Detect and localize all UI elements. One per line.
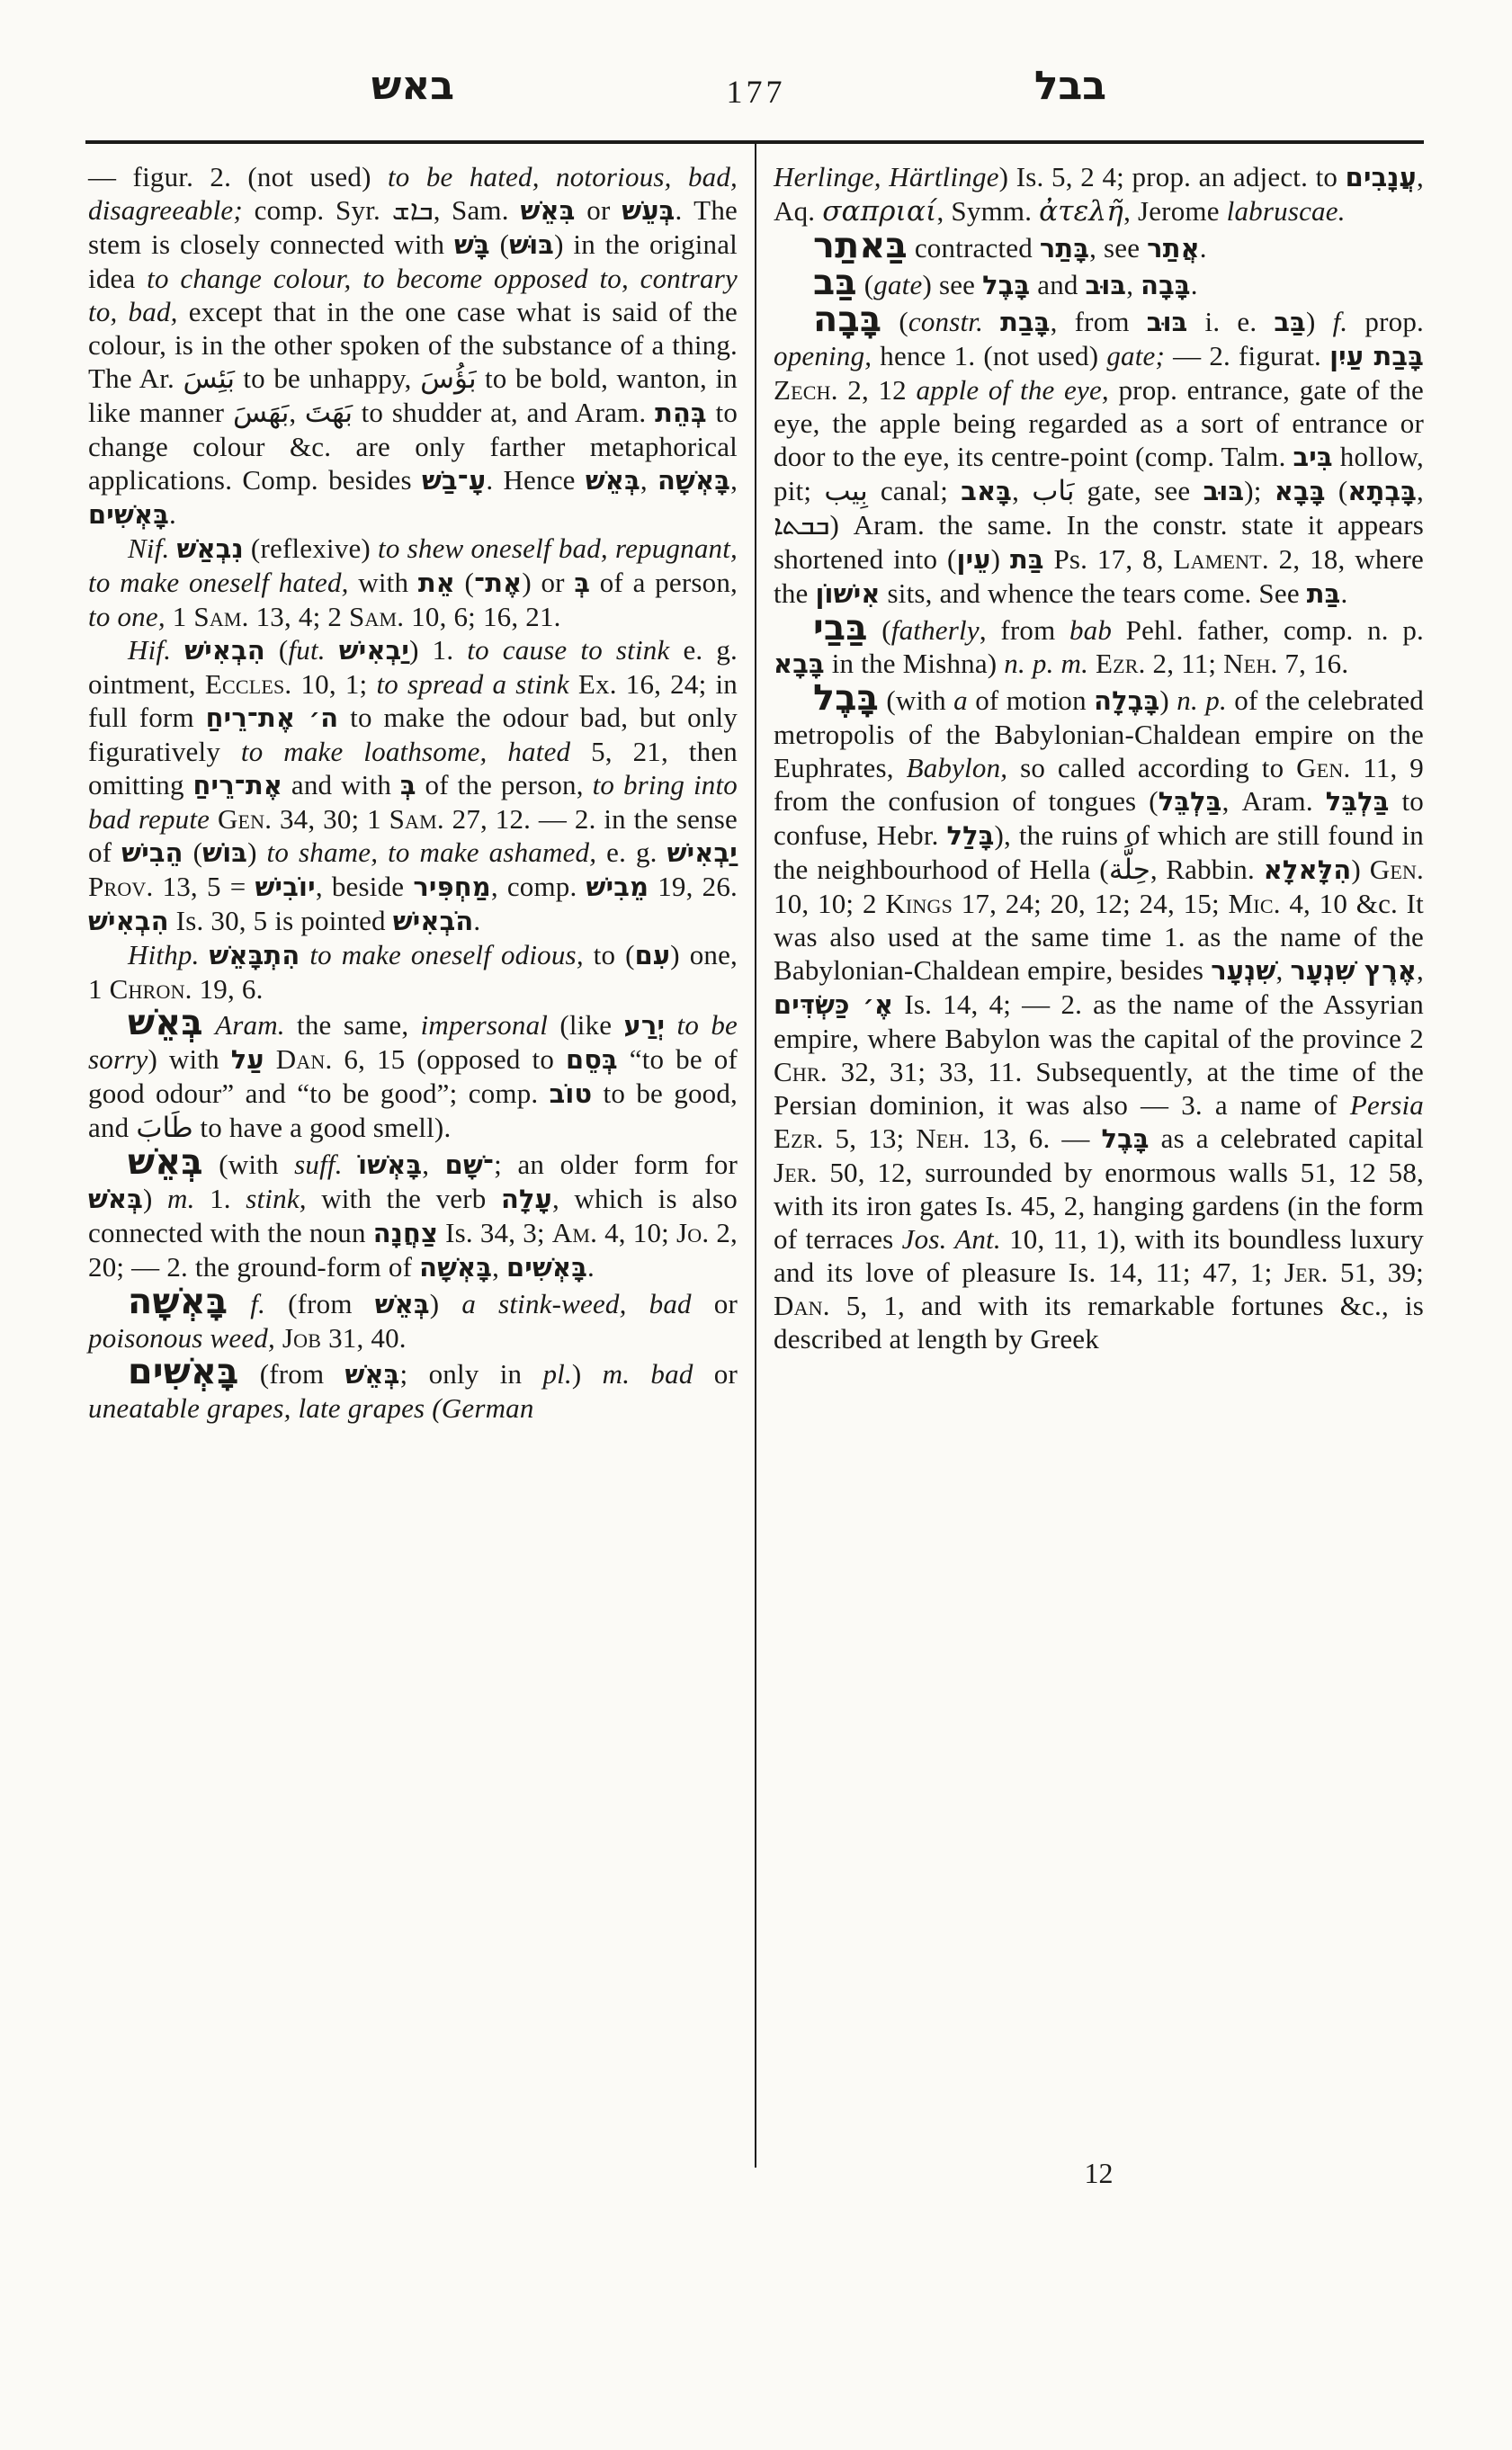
- text-run: ; only in: [400, 1358, 543, 1390]
- italic-text-run: gate: [873, 269, 922, 300]
- hebrew-word: יַבְאִישׁ: [667, 837, 738, 868]
- hebrew-word: עָלָה: [501, 1184, 552, 1214]
- text-run: ,: [1275, 954, 1290, 986]
- text-run: e. g.: [596, 836, 667, 868]
- reference-text-run: Job: [282, 1322, 321, 1354]
- text-run: or: [693, 1358, 738, 1390]
- hebrew-word: אֶת־: [474, 568, 522, 598]
- text-run: (like: [548, 1009, 623, 1041]
- hebrew-word: בּוֹשׁ: [202, 837, 247, 868]
- hebrew-word: עֵין: [956, 544, 990, 575]
- hebrew-word: בָּבֶל: [982, 270, 1030, 300]
- hebrew-headword: בַּאתַר: [813, 225, 908, 266]
- reference-text-run: Gen.: [1296, 752, 1350, 783]
- text-run: ,: [640, 464, 658, 496]
- arabic-word: طَابَ: [136, 1112, 192, 1144]
- hebrew-word: מֵבִישׁ: [586, 872, 649, 902]
- hebrew-word: בִּיב: [1293, 442, 1333, 472]
- hebrew-headword: בָּאְשָׁה: [128, 1281, 228, 1322]
- greek-word: σαπριαί: [822, 195, 936, 228]
- text-run: 34, 30;: [272, 803, 367, 835]
- hebrew-word: בְּאֵשׁ: [345, 1359, 400, 1390]
- text-run: 7, 16.: [1277, 648, 1348, 679]
- hebrew-word: בְּ: [574, 568, 590, 598]
- italic-text-run: Hif.: [128, 634, 184, 666]
- text-run: Pehl. father, comp. n. p.: [1112, 614, 1424, 646]
- text-run: [228, 1288, 250, 1319]
- arabic-word: بَئِسَ: [183, 362, 235, 395]
- left-column: — figur. 2. (not used) to be hated, noto…: [88, 160, 738, 1425]
- hebrew-word: בְּהֵת: [655, 398, 707, 428]
- hebrew-word: הִלָּאלָא: [1264, 854, 1352, 885]
- italic-text-run: Persia: [1350, 1089, 1424, 1121]
- italic-text-run: f.: [1333, 306, 1348, 337]
- hebrew-word: בָּבַת: [1000, 307, 1050, 337]
- reference-text-run: 2 Kings: [863, 888, 953, 919]
- hebrew-word: בַּב: [1274, 307, 1306, 337]
- text-run: (: [1326, 475, 1348, 506]
- hebrew-word: הֹבְאִישׁ: [393, 906, 474, 936]
- reference-text-run: Ezr.: [774, 1122, 824, 1154]
- reference-text-run: Jo.: [676, 1217, 709, 1248]
- hebrew-word: בָּאב: [961, 476, 1012, 506]
- text-run: gate, see: [1075, 475, 1203, 506]
- hebrew-word: אֶ׳ כַּשְׂדִּים: [774, 989, 893, 1020]
- hebrew-word: יוֹבִישׁ: [255, 872, 316, 902]
- hebrew-word: עַל: [231, 1044, 264, 1075]
- entry-paragraph: בָּאְשִׁים (from בְּאֵשׁ; only in pl.) m…: [88, 1355, 738, 1425]
- reference-text-run: Lament.: [1174, 543, 1269, 575]
- text-run: of the person,: [416, 769, 593, 800]
- text-run: (: [183, 836, 202, 868]
- text-run: .: [587, 1251, 595, 1283]
- entry-paragraph: בַּב (gate) see בָּבֶל and בּוּב, בָּבָה…: [774, 265, 1424, 302]
- text-run: (: [265, 634, 289, 666]
- text-run: ) see: [922, 269, 982, 300]
- text-run: ,: [1417, 475, 1424, 506]
- hebrew-word: עִם: [635, 940, 671, 970]
- text-run: [264, 1043, 276, 1075]
- column-divider: [755, 144, 756, 2168]
- italic-text-run: Aram.: [215, 1009, 285, 1041]
- text-run: , Symm.: [937, 195, 1040, 227]
- italic-text-run: gate;: [1106, 340, 1165, 371]
- text-run: or: [576, 194, 622, 226]
- text-run: ,: [1012, 475, 1032, 506]
- text-run: (: [868, 614, 891, 646]
- header-keyword-right: בבל: [774, 67, 1367, 106]
- italic-text-run: Herlinge, Härtlinge: [774, 161, 999, 192]
- text-run: ; an older form for: [494, 1149, 738, 1180]
- italic-text-run: m.: [167, 1183, 195, 1214]
- text-run: , Jerome: [1123, 195, 1227, 227]
- greek-word: ἀτελῆ: [1039, 195, 1123, 228]
- text-run: ): [1351, 854, 1369, 885]
- text-run: [210, 803, 218, 835]
- reference-text-run: Gen.: [1370, 854, 1424, 885]
- italic-text-run: poisonous weed,: [88, 1322, 275, 1354]
- hebrew-word: בְּאֵשׁ: [586, 465, 640, 496]
- text-run: ,: [289, 397, 304, 428]
- text-run: with: [349, 567, 418, 598]
- text-run: [166, 601, 173, 632]
- hebrew-word: בַּלְבֵּל: [1159, 786, 1222, 817]
- entry-paragraph: בְּאֵשׁ (with suff. בָּאְשׁוֹ, ־שָׁם; an…: [88, 1145, 738, 1284]
- text-run: of motion: [968, 684, 1094, 716]
- reference-text-run: 1 Sam. 13, 4; 2 Sam. 10, 6; 16, 21.: [173, 601, 561, 632]
- italic-text-run: Jos. Ant.: [902, 1223, 1001, 1255]
- text-run: prop.: [1347, 306, 1424, 337]
- hebrew-word: בָּאְשָׁה: [658, 465, 730, 496]
- text-run: ,: [422, 1149, 444, 1180]
- hebrew-word: בָּבֶלָה: [1094, 685, 1159, 716]
- italic-text-run: Hithp.: [128, 939, 209, 970]
- reference-text-run: Ezr.: [1096, 648, 1146, 679]
- text-run: [300, 939, 309, 970]
- italic-text-run: Nif.: [128, 532, 177, 564]
- text-run: 13, 6. —: [971, 1122, 1102, 1154]
- hebrew-word: בָּבַת עַיִן: [1329, 341, 1424, 371]
- hebrew-word: הִבְאִישׁ: [88, 906, 169, 936]
- text-run: (reflexive): [244, 532, 378, 564]
- hebrew-word: אִישׁוֹן: [815, 578, 880, 609]
- hebrew-word: בָּשׁ: [454, 229, 490, 260]
- text-run: ) 1.: [409, 634, 467, 666]
- hebrew-word: בּוּשׁ: [509, 229, 554, 260]
- arabic-word: بَؤُسَ: [420, 362, 476, 395]
- text-run: 2, 12: [838, 374, 917, 406]
- text-run: sits, and whence the tears come. See: [881, 577, 1307, 609]
- text-run: .: [1191, 269, 1198, 300]
- arabic-word: بَهَتَ: [305, 397, 353, 429]
- hebrew-word: שִׁנְעָר: [1211, 955, 1275, 986]
- text-run: or: [692, 1288, 738, 1319]
- hebrew-word: בָּבָה: [1141, 270, 1191, 300]
- italic-text-run: f.: [250, 1288, 265, 1319]
- italic-text-run: constr.: [908, 306, 1000, 337]
- text-run: );: [1244, 475, 1275, 506]
- hebrew-word: בָּאְשִׁים: [88, 499, 169, 530]
- hebrew-word: הִתְבָּאֵשׁ: [209, 940, 300, 970]
- hebrew-word: בּוּב: [1147, 307, 1188, 337]
- text-run: to shudder at, and Aram.: [353, 397, 655, 428]
- italic-text-run: to make loathsome, hated: [241, 736, 570, 767]
- reference-text-run: Jer.: [1284, 1256, 1329, 1288]
- hebrew-word: אֲתַר: [1147, 233, 1200, 264]
- text-run: 13, 5 =: [153, 871, 255, 902]
- hebrew-word: בַּלְבֵּל: [1326, 786, 1390, 817]
- text-run: canal;: [868, 475, 961, 506]
- text-run: 5, 13;: [824, 1122, 917, 1154]
- italic-text-run: a: [953, 684, 968, 716]
- arabic-word: بَهَسَ: [233, 397, 289, 429]
- hebrew-word: בַּת: [1010, 544, 1044, 575]
- hebrew-headword: בָּבָה: [813, 299, 881, 340]
- text-run: (from: [238, 1358, 344, 1390]
- signature-number: 12: [774, 2157, 1424, 2190]
- text-run: ): [247, 836, 266, 868]
- text-run: ) with: [148, 1043, 230, 1075]
- entry-paragraph: Hithp. הִתְבָּאֵשׁ to make oneself odiou…: [88, 938, 738, 1006]
- hebrew-word: טוֹב: [550, 1078, 593, 1109]
- text-run: contracted: [908, 232, 1040, 264]
- hebrew-word: בְּעֵשׁ: [622, 195, 675, 226]
- text-run: , from: [980, 614, 1069, 646]
- text-run: ,: [1417, 954, 1424, 986]
- hebrew-word: בּוּב: [1203, 476, 1245, 506]
- text-run: , comp.: [491, 871, 586, 902]
- hebrew-word: אֶרֶץ שִׁנְעָר: [1290, 955, 1417, 986]
- italic-text-run: stink,: [246, 1183, 307, 1214]
- text-run: 51, 39;: [1329, 1256, 1424, 1288]
- italic-text-run: uneatable grapes, late grapes: [88, 1392, 425, 1424]
- hebrew-headword: בְּאֵשׁ: [128, 1002, 203, 1043]
- hebrew-word: בָּבָא: [774, 648, 825, 679]
- text-run: (from: [265, 1288, 375, 1319]
- hebrew-word: הֵבִישׁ: [121, 837, 183, 868]
- hebrew-word: בָּבֶל: [1102, 1123, 1150, 1154]
- text-run: , from: [1051, 306, 1147, 337]
- hebrew-word: בָּאְשִׁים: [506, 1252, 587, 1283]
- text-run: comp. Syr.: [243, 194, 392, 226]
- text-run: to have a good smell).: [193, 1112, 452, 1143]
- reference-text-run: Mic.: [1229, 888, 1281, 919]
- hebrew-word: בּוּב: [1086, 270, 1127, 300]
- text-run: 31, 40.: [321, 1322, 407, 1354]
- entry-paragraph: Herlinge, Härtlinge) Is. 5, 2 4; prop. a…: [774, 160, 1424, 228]
- hebrew-word: בָּלַל: [946, 820, 994, 851]
- hebrew-headword: בַּב: [813, 262, 857, 303]
- text-run: , see: [1089, 232, 1147, 264]
- text-run: ): [991, 543, 1010, 575]
- text-run: .: [169, 498, 176, 530]
- text-run: ) Is. 5, 2 4; prop. an adject. to: [999, 161, 1346, 192]
- italic-text-run: fatherly: [891, 614, 980, 646]
- italic-text-run: to spread a stink: [376, 668, 568, 700]
- text-run: to (: [584, 939, 635, 970]
- text-run: (: [857, 269, 873, 300]
- reference-text-run: Eccles.: [205, 668, 292, 700]
- reference-text-run: 1 Chron.: [88, 973, 192, 1005]
- arabic-word: بَاب: [1032, 475, 1074, 507]
- text-run: [203, 1009, 215, 1041]
- text-run: .: [1340, 577, 1347, 609]
- italic-text-run: to cause to stink: [467, 634, 669, 666]
- italic-text-run: apple of the eye,: [916, 374, 1108, 406]
- hebrew-word: בְּ: [400, 770, 416, 800]
- entry-paragraph: בַּבַי (fatherly, from bab Pehl. father,…: [774, 611, 1424, 681]
- text-run: ): [1306, 306, 1333, 337]
- text-run: , Sam.: [434, 194, 521, 226]
- entry-paragraph: בְּאֵשׁ Aram. the same, impersonal (like…: [88, 1006, 738, 1145]
- hebrew-word: הִבְאִישׁ: [184, 635, 265, 666]
- hebrew-word: ־שָׁם: [445, 1149, 495, 1180]
- arabic-word: حِلَّة: [1109, 854, 1150, 886]
- text-run: .: [1200, 232, 1207, 264]
- text-run: (with: [203, 1149, 294, 1180]
- italic-text-run: m. bad: [603, 1358, 693, 1390]
- hebrew-word: בְּאֹשׁ: [88, 1184, 143, 1214]
- text-run: ): [572, 1358, 603, 1390]
- reference-text-run: Neh.: [1223, 648, 1277, 679]
- text-run: ): [1159, 684, 1176, 716]
- text-run: ): [430, 1288, 462, 1319]
- italic-text-run: (German: [425, 1392, 533, 1424]
- reference-text-run: Gen.: [218, 803, 272, 835]
- italic-text-run: impersonal: [421, 1009, 549, 1041]
- hebrew-word: עֲנָבִים: [1346, 162, 1417, 192]
- text-run: 2, 11;: [1146, 648, 1224, 679]
- text-run: with the verb: [307, 1183, 501, 1214]
- text-run: — figur. 2. (not used): [88, 161, 388, 192]
- italic-text-run: fut.: [288, 634, 338, 666]
- text-run: . Hence: [486, 464, 586, 496]
- text-run: , beside: [316, 871, 414, 902]
- hebrew-word: בַּת: [1307, 578, 1341, 609]
- text-run: ) one,: [670, 939, 738, 970]
- text-run: , Aram.: [1222, 785, 1326, 817]
- italic-text-run: to one,: [88, 601, 166, 632]
- hebrew-headword: בְּאֵשׁ: [128, 1141, 203, 1183]
- italic-text-run: to shame, to make ashamed,: [267, 836, 597, 868]
- italic-text-run: opening,: [774, 340, 872, 371]
- text-run: [1088, 648, 1096, 679]
- hebrew-word: עָ־בַשׁ: [422, 465, 486, 496]
- text-run: 6, 15 (opposed to: [332, 1043, 566, 1075]
- italic-text-run: n. p. m.: [1004, 648, 1088, 679]
- reference-text-run: Am.: [552, 1217, 597, 1248]
- italic-text-run: suff.: [294, 1149, 358, 1180]
- entry-paragraph: Nif. נִבְאַשׁ (reflexive) to shew onesel…: [88, 532, 738, 633]
- text-run: and: [1030, 269, 1085, 300]
- right-column: Herlinge, Härtlinge) Is. 5, 2 4; prop. a…: [774, 160, 1424, 1355]
- hebrew-word: אֵת: [418, 568, 455, 598]
- entry-paragraph: בָּבֶל (with a of motion בָּבֶלָה) n. p.…: [774, 681, 1424, 1355]
- hebrew-word: ה׳ אֶת־רֵיחַ: [206, 702, 339, 733]
- text-run: , Rabbin.: [1150, 854, 1264, 885]
- syriac-word: ܒܐܫ: [392, 194, 434, 227]
- text-run: hence 1. (not used): [872, 340, 1106, 371]
- text-run: 32, 31; 33, 11. Subsequently, at the tim…: [774, 1056, 1424, 1121]
- entry-paragraph: Hif. הִבְאִישׁ (fut. יַבְאִישׁ) 1. to ca…: [88, 633, 738, 938]
- entry-paragraph: — figur. 2. (not used) to be hated, noto…: [88, 160, 738, 532]
- hebrew-word: מַחְפִּיר: [413, 872, 490, 902]
- text-run: of a person,: [590, 567, 738, 598]
- hebrew-headword: בָּבֶל: [813, 677, 879, 719]
- hebrew-word: יְרַע: [624, 1010, 666, 1041]
- text-run: the same,: [285, 1009, 421, 1041]
- text-run: 1.: [195, 1183, 246, 1214]
- italic-text-run: to make oneself odious,: [309, 939, 583, 970]
- text-run: [665, 1009, 676, 1041]
- hebrew-word: בָּבָא: [1275, 476, 1326, 506]
- reference-text-run: 1 Sam.: [367, 803, 444, 835]
- text-run: ): [143, 1183, 167, 1214]
- hebrew-headword: בָּאְשִׁים: [128, 1351, 238, 1392]
- text-run: and with: [282, 769, 400, 800]
- text-run: Is. 34, 3;: [438, 1217, 552, 1248]
- text-run: — 2. figurat.: [1165, 340, 1329, 371]
- hebrew-word: בִּאֵשׁ: [520, 195, 575, 226]
- hebrew-word: נִבְאַשׁ: [177, 533, 244, 564]
- text-run: [275, 1322, 282, 1354]
- italic-text-run: Babylon,: [907, 752, 1008, 783]
- text-run: 4, 10;: [597, 1217, 676, 1248]
- hebrew-word: בָּבְתָא: [1347, 476, 1417, 506]
- text-run: ,: [1126, 269, 1141, 300]
- text-run: .: [473, 905, 480, 936]
- syriac-word: ܒܒܬܐ: [774, 509, 829, 541]
- hebrew-headword: בַּבַי: [813, 607, 868, 648]
- reference-text-run: Prov.: [88, 871, 153, 902]
- italic-text-run: a stink-weed, bad: [461, 1288, 691, 1319]
- text-run: 19, 26.: [649, 871, 738, 902]
- italic-text-run: labruscae.: [1227, 195, 1346, 227]
- text-run: ,: [730, 464, 738, 496]
- text-run: Ps. 17, 8,: [1044, 543, 1174, 575]
- italic-text-run: bab: [1069, 614, 1112, 646]
- reference-text-run: Dan.: [276, 1043, 333, 1075]
- text-run: as a celebrated capital: [1150, 1122, 1424, 1154]
- entry-paragraph: בָּבָה (constr. בָּבַת, from בּוּב i. e.…: [774, 302, 1424, 611]
- text-run: 10, 10;: [774, 888, 863, 919]
- hebrew-word: אֶת־רֵיחַ: [193, 770, 283, 800]
- text-run: (: [490, 228, 509, 260]
- text-run: Is. 30, 5 is pointed: [169, 905, 393, 936]
- reference-text-run: Neh.: [916, 1122, 970, 1154]
- text-run: (: [881, 306, 908, 337]
- hebrew-word: בְּסֵם: [566, 1044, 618, 1075]
- hebrew-word: בָּאְשָׁה: [419, 1252, 492, 1283]
- lexicon-page: באש 177 בבל — figur. 2. (not used) to be…: [0, 0, 1512, 2450]
- hebrew-word: בְּאֵשׁ: [375, 1289, 430, 1319]
- text-run: (: [455, 567, 474, 598]
- entry-paragraph: בָּאְשָׁה f. (from בְּאֵשׁ) a stink-weed…: [88, 1284, 738, 1355]
- hebrew-word: צַחֲנָה: [373, 1218, 438, 1248]
- hebrew-word: יַבְאִישׁ: [339, 635, 409, 666]
- arabic-word: بِيب: [824, 475, 867, 507]
- text-run: in the Mishna): [825, 648, 1005, 679]
- text-run: so called according to: [1007, 752, 1296, 783]
- entry-paragraph: בַּאתַר contracted בָּתַר, see אֲתַר.: [774, 228, 1424, 265]
- text-run: 17, 24; 20, 12; 24, 15;: [953, 888, 1228, 919]
- italic-text-run: n. p.: [1176, 684, 1227, 716]
- reference-text-run: Zech.: [774, 374, 838, 406]
- reference-text-run: Dan.: [774, 1290, 830, 1321]
- text-run: (with: [879, 684, 953, 716]
- text-run: ) or: [522, 567, 574, 598]
- text-run: to be unhappy,: [235, 362, 420, 394]
- hebrew-word: בָּתַר: [1040, 233, 1089, 264]
- text-run: 19, 6.: [192, 973, 264, 1005]
- text-run: i. e.: [1187, 306, 1274, 337]
- reference-text-run: Jer.: [774, 1157, 818, 1188]
- hebrew-word: בָּאְשׁוֹ: [358, 1149, 422, 1180]
- text-run: 5, 1, and with its remarkable fortunes &…: [774, 1290, 1424, 1355]
- text-run: 10, 1;: [291, 668, 376, 700]
- italic-text-run: pl.: [542, 1358, 571, 1390]
- text-run: ,: [492, 1251, 506, 1283]
